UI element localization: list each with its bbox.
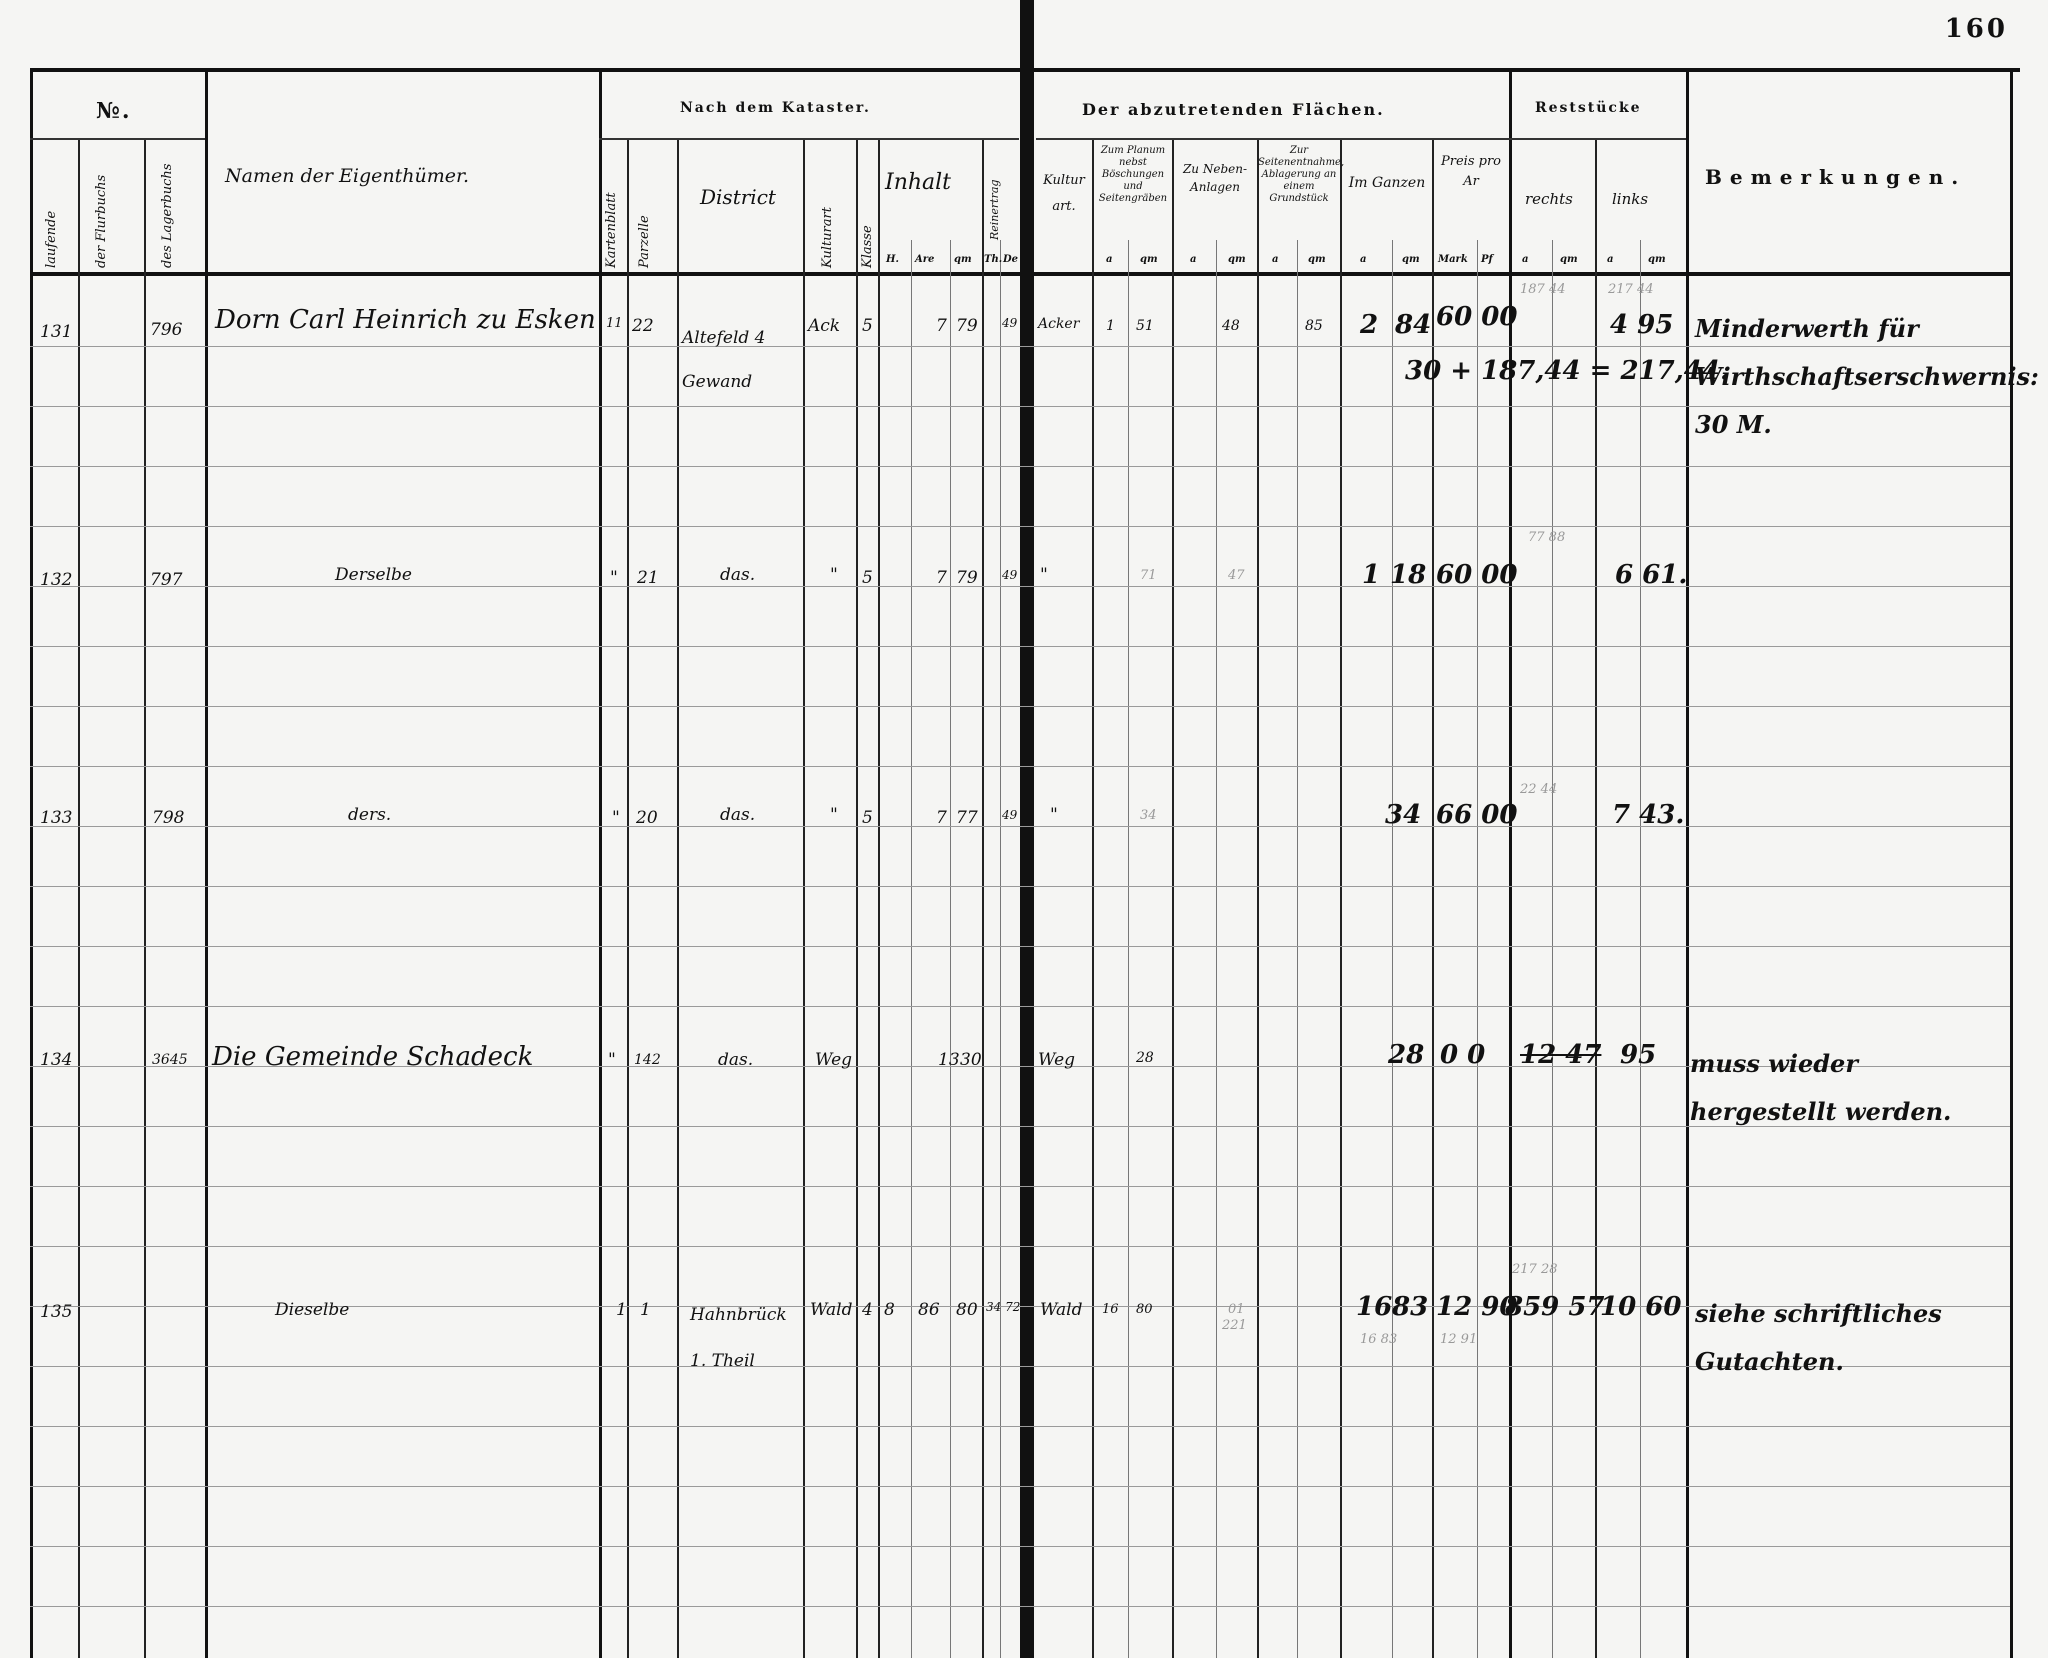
header-rest-qm: qm [1560,254,1578,265]
row-planum-qm: 80 [1136,1302,1153,1317]
col-divider [1477,240,1478,1658]
row-calculation: 30 + 187,44 = 217,44. [1405,356,1729,386]
col-divider [1552,240,1553,1658]
col-divider [982,138,984,1658]
row-preis: 60 00 [1436,560,1517,590]
row-links: 10 60 [1600,1292,1681,1322]
ruled-line [30,1426,2010,1427]
ruled-line [30,1606,2010,1607]
row-kulturart: Weg [815,1050,852,1070]
col-divider [1000,240,1001,1658]
row-inhalt-are: 7 [936,316,947,336]
row-planum-a: 16 [1102,1302,1119,1317]
header-reinertrag: Reinertrag [988,180,1001,240]
row-ganzen-a: 1 [1362,560,1380,590]
header-laufende: laufende [44,211,59,268]
row-ganzen-a: 2 [1360,310,1378,340]
row-parzelle: 20 [636,808,658,828]
header-preis: Preis pro Ar [1434,152,1508,192]
row-reinertrag: 49 [1002,808,1017,822]
header-sub-qm: qm [1402,254,1420,265]
row-preis: 0 0 [1440,1040,1485,1070]
row-kartenblatt: 1 [616,1300,627,1320]
header-rest-qm: qm [1648,254,1666,265]
header-inhalt-h: H. [886,254,899,265]
row-planum-qm: 28 [1136,1050,1154,1066]
row-kulturart: " [830,805,838,825]
col-divider [1092,138,1094,1658]
row-inhalt-h: 8 [884,1300,895,1320]
row-preis: 66 00 [1436,800,1517,830]
header-nebenanlagen: Zu Neben-Anlagen [1174,160,1256,196]
row-links: 7 43. [1612,800,1684,830]
row-lfd: 134 [40,1050,72,1070]
table-left-border [30,68,33,1658]
row-lfd: 131 [40,322,72,342]
row-planum-qm: 34 [1140,808,1157,823]
row-klasse: 4 [862,1300,873,1320]
header-links: links [1612,190,1648,208]
header-ablagerung: Zur Seitenentnahme, Ablagerung an einem … [1258,145,1340,205]
header-rest-a: a [1607,254,1613,265]
header-inhalt-qm: qm [954,254,972,265]
header-reinertrag-de: De [1003,254,1018,265]
row-reinertrag: 49 [1002,568,1017,582]
col-divider [950,240,951,1658]
row-planum-a: 1 [1106,318,1115,334]
col-divider [803,138,805,1658]
col-divider [1686,68,1689,1658]
row-kartenblatt: " [612,808,620,828]
page-number: 160 [1945,14,2008,44]
right-page [1036,0,2048,1658]
row-lfd: 132 [40,570,72,590]
header-sub-pf: Pf [1481,254,1493,265]
ruled-line [30,706,2010,707]
table-top-border [30,68,2020,72]
row-neben-qm: 47 [1228,568,1245,583]
header-kartenblatt: Kartenblatt [604,192,619,268]
row-parzelle: 22 [632,316,654,336]
row-faint-rechts: 22 44 [1520,782,1557,797]
col-divider [1297,240,1298,1658]
row-ganzen-faint: 16 83 [1360,1332,1397,1347]
ruled-line [30,526,2010,527]
row-links: 4 95 [1610,310,1673,340]
row-remark: muss wieder hergestellt werden. [1690,1040,2010,1136]
row-remark: Minderwerth für Wirthschaftserschwernis:… [1695,305,2005,449]
row-lagerbuch: 797 [150,570,182,590]
ruled-line [30,766,2010,767]
row-district: das. [720,565,755,585]
row-district: Hahnbrück 1. Theil [690,1292,802,1384]
row-reinertrag: 34 72 [986,1300,1020,1314]
row-ganzen-qm: 18 [1390,560,1426,590]
header-divider [1509,138,1686,140]
book-spine [1020,0,1034,1658]
header-kulturart: Kulturart [820,207,835,268]
header-flaechen: Der abzutretenden Flächen. [1082,100,1385,119]
header-parzelle: Parzelle [637,215,652,268]
header-sub-a: a [1190,254,1196,265]
row-faint-links: 217 44 [1608,282,1654,297]
row-lfd: 133 [40,808,72,828]
header-inhalt: Inhalt [885,170,951,195]
row-fl-kulturart: Acker [1038,316,1079,332]
row-lfd: 135 [40,1302,72,1322]
row-kartenblatt: " [610,568,618,588]
header-rechts: rechts [1525,190,1573,208]
row-inhalt-qm: 79 [956,568,978,588]
header-kataster: Nach dem Kataster. [680,100,871,116]
row-faint-rechts: 217 28 [1512,1262,1558,1277]
header-sub-qm: qm [1140,254,1158,265]
table-right-border [2010,68,2013,1658]
col-divider [144,138,146,1658]
header-bottom-border [30,272,2010,276]
header-sub-qm: qm [1308,254,1326,265]
col-divider [627,138,629,1658]
row-ganzen-qm: 34 [1385,800,1421,830]
header-divider [30,138,205,140]
row-district: das. [718,1050,753,1070]
header-sub-a: a [1272,254,1278,265]
row-lagerbuch: 796 [150,320,182,340]
ruled-line [30,646,2010,647]
row-klasse: 5 [862,316,873,336]
ruled-line [30,466,2010,467]
row-remark: siehe schriftliches Gutachten. [1695,1290,2005,1386]
row-ganzen-qm: 83 [1392,1292,1428,1322]
col-divider [1640,240,1641,1658]
col-divider [1172,138,1174,1658]
row-owner: Die Gemeinde Schadeck [212,1042,533,1072]
row-owner: Derselbe [335,565,412,585]
ruled-line [30,1006,2010,1007]
row-inhalt-are: 7 [936,568,947,588]
row-ganzen-qm: 28 [1388,1040,1424,1070]
header-reststuecke: Reststücke [1535,100,1642,116]
col-divider [911,240,912,1658]
row-inhalt-qm: 30 [960,1050,982,1070]
header-divider [1036,138,1509,140]
ruled-line [30,1486,2010,1487]
row-kartenblatt: 11 [606,316,623,331]
row-fl-kulturart: " [1050,805,1058,825]
row-neben-qm: 01 [1228,1302,1245,1317]
row-inhalt-qm: 80 [956,1300,978,1320]
col-divider [1257,138,1259,1658]
row-kulturart: Wald [810,1300,852,1320]
row-kulturart: Ack [808,316,840,336]
col-divider [677,138,679,1658]
header-sub-a: a [1360,254,1366,265]
row-rechts: 859 57 [1505,1292,1605,1322]
row-fl-kulturart: Weg [1038,1050,1075,1070]
row-owner: ders. [348,805,391,825]
ruled-line [30,586,2010,587]
ruled-line [30,1246,2010,1247]
header-reinertrag-th: Th. [984,254,1002,265]
row-inhalt-qm: 79 [956,316,978,336]
col-divider [1216,240,1217,1658]
ruled-line [30,886,2010,887]
row-neben-qm-faint: 221 [1222,1318,1247,1333]
header-district: District [700,185,776,209]
row-faint-rechts: 77 88 [1528,530,1565,545]
col-divider [1128,240,1129,1658]
header-flurbuch: der Flurbuchs [94,175,109,268]
col-divider [1340,138,1342,1658]
row-parzelle: 1 [640,1300,651,1320]
row-kartenblatt: " [608,1050,616,1070]
header-rest-a: a [1522,254,1528,265]
row-lagerbuch: 798 [152,808,184,828]
header-im-ganzen: Im Ganzen [1342,172,1432,194]
row-inhalt-are: 7 [936,808,947,828]
header-sub-qm: qm [1228,254,1246,265]
row-parzelle: 21 [637,568,659,588]
row-reinertrag: 49 [1002,316,1017,330]
row-fl-kulturart: " [1040,565,1048,585]
row-parzelle: 142 [634,1052,661,1068]
col-divider [856,138,858,1658]
header-lagerbuch: des Lagerbuchs [160,164,175,268]
row-rechts: 12 47 [1520,1040,1601,1070]
row-fl-kulturart: Wald [1040,1300,1082,1320]
row-links: 95 [1620,1040,1656,1070]
header-sub-mark: Mark [1438,254,1468,265]
header-planum: Zum Planum nebst Böschungen und Seitengr… [1094,145,1172,205]
row-ganzen-a: 16 [1356,1292,1392,1322]
ruled-line [30,1546,2010,1547]
row-district: Altefeld 4 Gewand [682,316,800,404]
row-kulturart: " [830,565,838,585]
header-klasse: Klasse [860,225,875,268]
col-divider [878,138,880,1658]
row-inhalt-are: 13 [938,1050,960,1070]
ruled-line [30,826,2010,827]
col-divider [1392,240,1393,1658]
header-inhalt-are: Are [915,254,934,265]
row-planum-qm: 71 [1140,568,1157,583]
row-klasse: 5 [862,808,873,828]
header-divider [599,138,1019,140]
nr-header: №. [96,98,132,124]
row-klasse: 5 [862,568,873,588]
row-neben-qm: 48 [1222,318,1240,334]
ruled-line [30,1186,2010,1187]
col-divider [78,138,80,1658]
header-owner: Namen der Eigenthümer. [225,165,469,187]
col-divider [205,68,208,1658]
row-owner: Dorn Carl Heinrich zu Esken [215,305,596,335]
row-lagerbuch: 3645 [152,1052,188,1068]
row-planum-qm: 51 [1136,318,1154,334]
row-faint-rechts: 187 44 [1520,282,1566,297]
row-ganzen-qm: 84 [1395,310,1431,340]
header-sub-a: a [1106,254,1112,265]
header-fl-kulturart: Kultur art. [1036,168,1092,220]
row-links: 6 61. [1615,560,1687,590]
header-remarks: Bemerkungen. [1705,165,1966,189]
row-preis: 60 00 [1436,302,1517,332]
col-divider [599,68,602,1658]
row-owner: Dieselbe [275,1300,349,1320]
row-inhalt-are: 86 [918,1300,940,1320]
row-inhalt-qm: 77 [956,808,978,828]
ruled-line [30,946,2010,947]
row-district: das. [720,805,755,825]
row-preis-faint: 12 91 [1440,1332,1477,1347]
row-ablagerung-qm: 85 [1305,318,1323,334]
